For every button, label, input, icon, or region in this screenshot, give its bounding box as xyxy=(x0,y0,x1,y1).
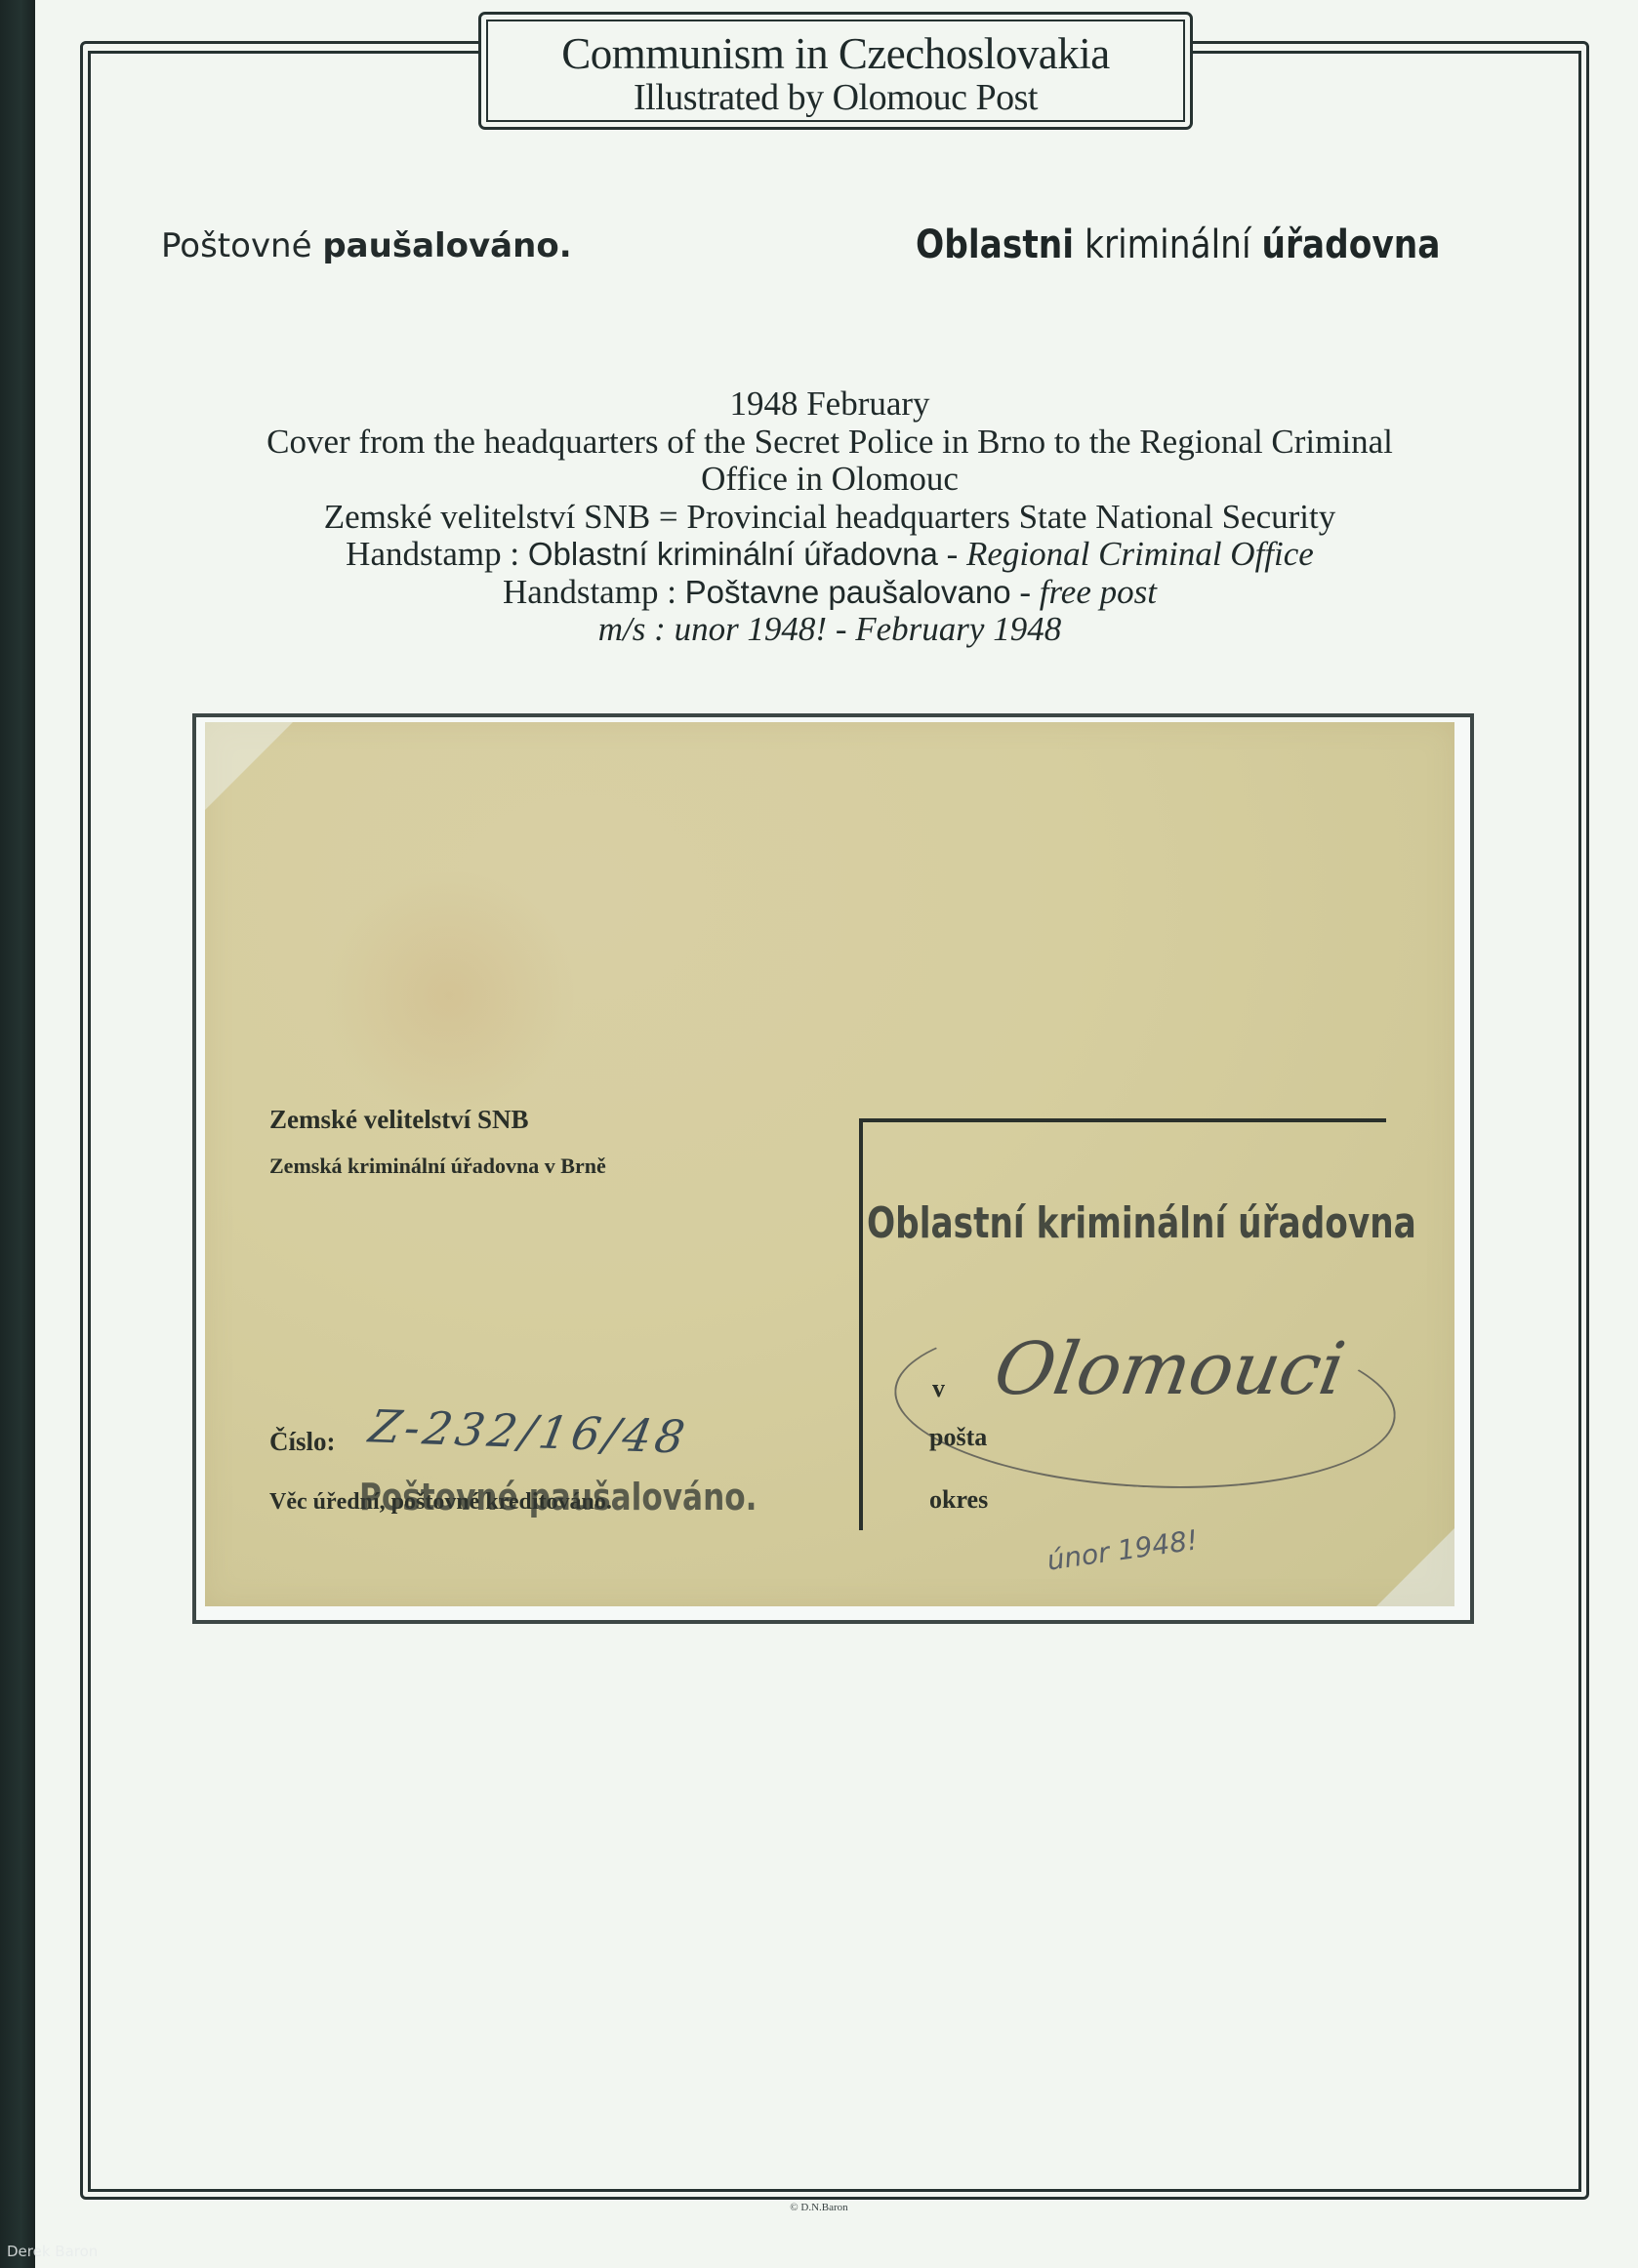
address-box-left-line xyxy=(859,1118,863,1530)
stamp-word-kriminalni: kriminální xyxy=(1085,223,1250,267)
header-stamp-free-post: Poštovné paušalováno. xyxy=(161,226,572,265)
title-box: Communism in Czechoslovakia Illustrated … xyxy=(478,12,1193,130)
description-line-3: Zemské velitelství SNB = Provincial head… xyxy=(156,499,1503,537)
stamp-word-postovne: Poštovné xyxy=(161,226,312,265)
stamp-word-uradovna: úřadovna xyxy=(1261,223,1440,267)
address-box-top-line xyxy=(859,1118,1386,1122)
handstamp-text: Poštavne paušalovano xyxy=(685,574,1011,610)
handwritten-date-note: únor 1948! xyxy=(1044,1523,1200,1576)
address-posta-label: pošta xyxy=(929,1423,987,1452)
mount-corner-top-left xyxy=(205,722,293,810)
description-date: 1948 February xyxy=(156,385,1503,424)
description-handstamp-1: Handstamp : Oblastní kriminální úřadovna… xyxy=(156,536,1503,574)
description-handstamp-2: Handstamp : Poštavne paušalovano - free … xyxy=(156,574,1503,612)
description-line-2: Office in Olomouc xyxy=(156,461,1503,499)
cover-description: 1948 February Cover from the headquarter… xyxy=(156,385,1503,649)
paper-stain xyxy=(322,869,576,1122)
description-line-1: Cover from the headquarters of the Secre… xyxy=(156,424,1503,462)
page-title: Communism in Czechoslovakia xyxy=(488,29,1183,78)
title-box-inner: Communism in Czechoslovakia Illustrated … xyxy=(486,20,1185,122)
handstamp-prefix: Handstamp : xyxy=(503,573,676,611)
sender-line-1: Zemské velitelství SNB xyxy=(269,1105,528,1135)
envelope-image: Zemské velitelství SNB Zemská kriminální… xyxy=(205,722,1454,1606)
mount-corner-bottom-right xyxy=(1376,1528,1454,1606)
handstamp-translation: - Regional Criminal Office xyxy=(947,535,1314,573)
stamp-word-pausalovano: paušalováno. xyxy=(322,226,571,265)
reference-label: Číslo: xyxy=(269,1427,336,1457)
handwritten-city: Olomouci xyxy=(988,1327,1351,1411)
sender-line-2: Zemská kriminální úřadovna v Brně xyxy=(269,1154,606,1179)
page-subtitle: Illustrated by Olomouc Post xyxy=(488,78,1183,117)
scanner-spine-edge xyxy=(0,0,35,2268)
stamp-word-oblastni: Oblastni xyxy=(916,223,1074,267)
ms-prefix: m/s : xyxy=(598,610,666,648)
header-stamp-regional-office: Oblastni kriminální úřadovna xyxy=(916,223,1441,267)
address-v-label: v xyxy=(932,1374,945,1403)
description-manuscript: m/s : unor 1948! - February 1948 xyxy=(156,611,1503,649)
ms-translation: - February 1948 xyxy=(836,610,1061,648)
free-post-overstamp: Poštovné paušalováno. xyxy=(359,1476,758,1519)
handstamp-text: Oblastní kriminální úřadovna xyxy=(528,536,938,572)
handstamp-translation: - free post xyxy=(1019,573,1157,611)
ms-text: unor 1948! xyxy=(675,610,828,648)
copyright: © D.N.Baron xyxy=(0,2202,1638,2213)
address-okres-label: okres xyxy=(929,1485,988,1515)
watermark: Derek Baron xyxy=(7,2243,98,2260)
recipient-handstamp: Oblastní kriminální úřadovna xyxy=(867,1198,1416,1248)
handstamp-prefix: Handstamp : xyxy=(346,535,519,573)
reference-number-handwritten: Z-232/16/48 xyxy=(365,1399,692,1463)
